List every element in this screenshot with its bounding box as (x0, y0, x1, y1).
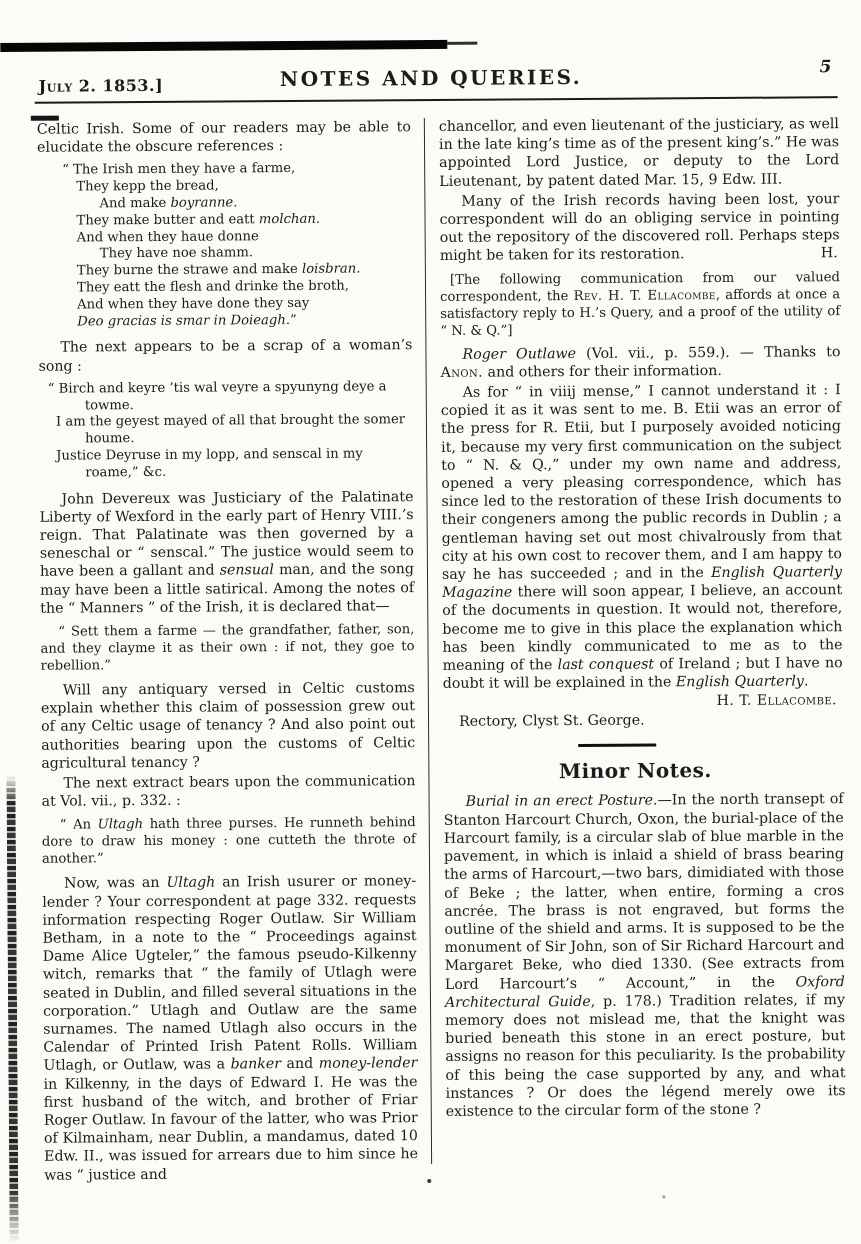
left-column: Celtic Irish. Some of our readers may be… (37, 118, 418, 1186)
para-chancellor: chancellor, and even lieutenant of the j… (439, 115, 839, 191)
verse-womans-song: “ Birch and keyre ’tis wal veyre a spyun… (39, 379, 414, 482)
verse-line: They have noe shamm. (100, 245, 412, 264)
verse-line: I am the geyest mayed of all that brough… (56, 413, 413, 432)
address-rectory: Rectory, Clyst St. George. (459, 712, 843, 731)
scan-tilt-wrapper: July 2. 1853.] NOTES AND QUERIES. 5 Celt… (0, 0, 861, 1244)
editor-note: [The following communication from our va… (440, 269, 840, 340)
page-number: 5 (820, 57, 832, 77)
para-ultagh-usurer: Now, was an Ultagh an Irish usurer or mo… (42, 873, 418, 1185)
para-viiij-mense: As for “ in viiij mense,” I cannot under… (441, 381, 843, 693)
page-title: NOTES AND QUERIES. (0, 63, 861, 93)
verse-line: Deo gracias is smar in Doieagh.” (77, 312, 412, 331)
page-header: July 2. 1853.] NOTES AND QUERIES. 5 (0, 0, 861, 121)
header-rule (35, 96, 838, 104)
right-column: chancellor, and even lieutenant of the j… (439, 115, 846, 1184)
para-womans-song: The next appears to be a scrap of a woma… (38, 337, 412, 376)
verse-line: roame,” &c. (85, 463, 413, 482)
paper-page: July 2. 1853.] NOTES AND QUERIES. 5 Celt… (0, 0, 861, 1244)
para-irish-records: Many of the Irish records having been lo… (439, 190, 839, 266)
para-next-extract: The next extract bears upon the communic… (41, 772, 415, 811)
scan-dot-artifact (662, 1195, 665, 1198)
para-celtic-irish: Celtic Irish. Some of our readers may be… (37, 118, 411, 157)
para-devereux: John Devereux was Justiciary of the Pala… (39, 488, 414, 618)
verse-irish-men: “ The Irish men they have a farme, They … (37, 161, 412, 332)
section-divider-rule (578, 744, 656, 748)
para-burial-erect-posture: Burial in an erect Posture.—In the north… (444, 791, 846, 1121)
signature-ellacombe: H. T. Ellacombe. (443, 693, 837, 712)
quote-sett-them-a-farme: “ Sett them a farme — the grandfather, f… (40, 621, 414, 675)
verse-line: Justice Deyruse in my lopp, and senscal … (56, 446, 413, 465)
para-roger-outlawe: Roger Outlawe (Vol. vii., p. 559.). — Th… (440, 343, 840, 382)
content-columns: Celtic Irish. Some of our readers may be… (1, 115, 861, 1187)
para-antiquary-query: Will any antiquary versed in Celtic cust… (41, 679, 416, 773)
column-divider (424, 118, 432, 1164)
verse-line: “ Birch and keyre ’tis wal veyre a spyun… (48, 379, 413, 398)
scan-dot-artifact (427, 1179, 431, 1183)
quote-an-ultagh: “ An Ultagh hath three purses. He runnet… (42, 815, 416, 869)
section-heading-minor-notes: Minor Notes. (435, 758, 835, 785)
